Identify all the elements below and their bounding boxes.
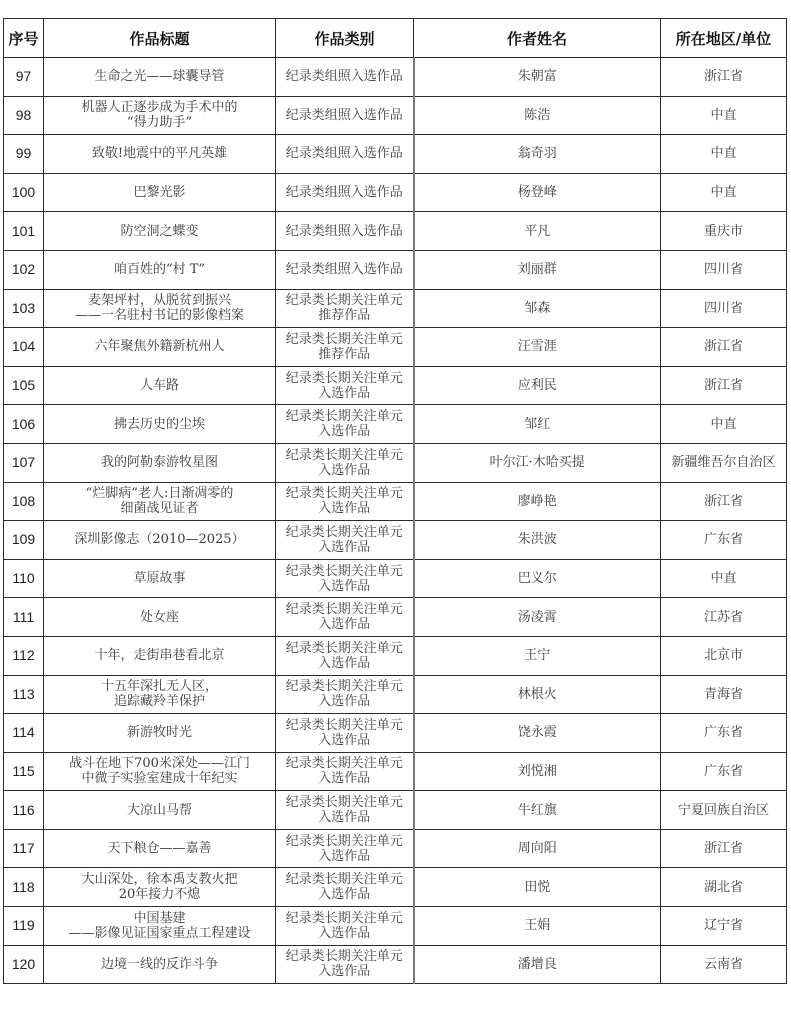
cell-author-name: 汤凌霄 <box>414 598 661 637</box>
work-category-line: 纪录类长期关注单元 <box>278 332 411 347</box>
table-row: 107我的阿勒泰游牧星图纪录类长期关注单元入选作品叶尔江·木哈买提新疆维吾尔自治… <box>4 443 787 482</box>
cell-author-name: 应利民 <box>414 366 661 405</box>
cell-work-category: 纪录类长期关注单元入选作品 <box>276 521 414 560</box>
cell-work-category: 纪录类长期关注单元入选作品 <box>276 559 414 598</box>
work-category-line: 纪录类组照入选作品 <box>278 146 411 161</box>
work-category-line: 推荐作品 <box>278 347 411 362</box>
cell-work-category: 纪录类组照入选作品 <box>276 173 414 212</box>
cell-author-name: 饶永霞 <box>414 714 661 753</box>
work-category-line: 纪录类组照入选作品 <box>278 108 411 123</box>
cell-author-name: 刘悦湘 <box>414 752 661 791</box>
cell-region-unit: 北京市 <box>661 636 787 675</box>
cell-region-unit: 新疆维吾尔自治区 <box>661 443 787 482</box>
cell-work-category: 纪录类组照入选作品 <box>276 96 414 135</box>
cell-serial-no: 103 <box>4 289 44 328</box>
cell-serial-no: 115 <box>4 752 44 791</box>
cell-author-name: 牛红旗 <box>414 791 661 830</box>
cell-author-name: 田悦 <box>414 868 661 907</box>
work-title-line: 咱百姓的“村 T” <box>46 262 273 277</box>
cell-work-category: 纪录类长期关注单元入选作品 <box>276 405 414 444</box>
cell-serial-no: 105 <box>4 366 44 405</box>
work-category-line: 推荐作品 <box>278 308 411 323</box>
work-title-line: 致敬!地震中的平凡英雄 <box>46 146 273 161</box>
work-title-line: 防空洞之蝶变 <box>46 224 273 239</box>
cell-author-name: 翁奇羽 <box>414 135 661 174</box>
work-category-line: 纪录类长期关注单元 <box>278 486 411 501</box>
cell-work-title: 拂去历史的尘埃 <box>44 405 276 444</box>
table-row: 101防空洞之蝶变纪录类组照入选作品平凡重庆市 <box>4 212 787 251</box>
cell-author-name: 周向阳 <box>414 829 661 868</box>
cell-serial-no: 113 <box>4 675 44 714</box>
cell-work-category: 纪录类组照入选作品 <box>276 135 414 174</box>
cell-author-name: 朱洪波 <box>414 521 661 560</box>
cell-serial-no: 104 <box>4 328 44 367</box>
cell-serial-no: 119 <box>4 907 44 946</box>
header-work-category: 作品类别 <box>276 19 414 58</box>
cell-work-category: 纪录类长期关注单元入选作品 <box>276 636 414 675</box>
work-title-line: 细菌战见证者 <box>46 501 273 516</box>
cell-work-title: 咱百姓的“村 T” <box>44 250 276 289</box>
work-title-line: 巴黎光影 <box>46 185 273 200</box>
cell-author-name: 邹红 <box>414 405 661 444</box>
cell-serial-no: 118 <box>4 868 44 907</box>
work-title-line: “烂脚病”老人:日渐凋零的 <box>46 486 273 501</box>
awards-table: 序号 作品标题 作品类别 作者姓名 所在地区/单位 97生命之光——球囊导管纪录… <box>3 18 787 984</box>
cell-region-unit: 宁夏回族自治区 <box>661 791 787 830</box>
work-title-line: 机器人正逐步成为手术中的 <box>46 100 273 115</box>
cell-work-title: 六年聚焦外籍新杭州人 <box>44 328 276 367</box>
cell-work-title: 战斗在地下700米深处——江门中微子实验室建成十年纪实 <box>44 752 276 791</box>
work-title-line: 十五年深扎无人区， <box>46 679 273 694</box>
awards-list-sheet: 序号 作品标题 作品类别 作者姓名 所在地区/单位 97生命之光——球囊导管纪录… <box>3 18 786 984</box>
work-title-line: 20年接力不熄 <box>46 887 273 902</box>
work-title-line: 边境一线的反诈斗争 <box>46 957 273 972</box>
cell-work-title: “烂脚病”老人:日渐凋零的细菌战见证者 <box>44 482 276 521</box>
work-title-line: 大山深处，徐本禹支教火把 <box>46 872 273 887</box>
cell-work-title: 处女座 <box>44 598 276 637</box>
cell-work-title: 防空洞之蝶变 <box>44 212 276 251</box>
cell-serial-no: 116 <box>4 791 44 830</box>
cell-work-title: 我的阿勒泰游牧星图 <box>44 443 276 482</box>
cell-serial-no: 97 <box>4 58 44 97</box>
cell-serial-no: 111 <box>4 598 44 637</box>
table-row: 103麦架坪村，从脱贫到振兴——一名驻村书记的影像档案纪录类长期关注单元推荐作品… <box>4 289 787 328</box>
cell-region-unit: 中直 <box>661 559 787 598</box>
cell-serial-no: 112 <box>4 636 44 675</box>
cell-serial-no: 100 <box>4 173 44 212</box>
cell-author-name: 汪雪涯 <box>414 328 661 367</box>
work-title-line: 十年，走街串巷看北京 <box>46 648 273 663</box>
work-category-line: 纪录类长期关注单元 <box>278 834 411 849</box>
cell-work-category: 纪录类长期关注单元入选作品 <box>276 907 414 946</box>
work-category-line: 入选作品 <box>278 540 411 555</box>
cell-work-title: 边境一线的反诈斗争 <box>44 945 276 984</box>
cell-work-category: 纪录类长期关注单元入选作品 <box>276 482 414 521</box>
work-category-line: 入选作品 <box>278 887 411 902</box>
cell-region-unit: 广东省 <box>661 752 787 791</box>
work-category-line: 入选作品 <box>278 386 411 401</box>
work-title-line: 中微子实验室建成十年纪实 <box>46 771 273 786</box>
work-category-line: 入选作品 <box>278 617 411 632</box>
work-category-line: 纪录类长期关注单元 <box>278 448 411 463</box>
cell-region-unit: 浙江省 <box>661 58 787 97</box>
work-category-line: 纪录类长期关注单元 <box>278 872 411 887</box>
work-category-line: 纪录类长期关注单元 <box>278 525 411 540</box>
table-row: 110草原故事纪录类长期关注单元入选作品巴义尔中直 <box>4 559 787 598</box>
table-row: 119中国基建——影像见证国家重点工程建设纪录类长期关注单元入选作品王娟辽宁省 <box>4 907 787 946</box>
cell-serial-no: 99 <box>4 135 44 174</box>
work-title-line: 天下粮仓——嘉善 <box>46 841 273 856</box>
cell-serial-no: 114 <box>4 714 44 753</box>
cell-author-name: 杨登峰 <box>414 173 661 212</box>
cell-region-unit: 湖北省 <box>661 868 787 907</box>
work-category-line: 入选作品 <box>278 810 411 825</box>
table-row: 117天下粮仓——嘉善纪录类长期关注单元入选作品周向阳浙江省 <box>4 829 787 868</box>
table-row: 115战斗在地下700米深处——江门中微子实验室建成十年纪实纪录类长期关注单元入… <box>4 752 787 791</box>
work-category-line: 纪录类长期关注单元 <box>278 756 411 771</box>
cell-serial-no: 109 <box>4 521 44 560</box>
cell-work-title: 深圳影像志（2010—2025） <box>44 521 276 560</box>
table-row: 108“烂脚病”老人:日渐凋零的细菌战见证者纪录类长期关注单元入选作品廖峥艳浙江… <box>4 482 787 521</box>
cell-work-category: 纪录类长期关注单元入选作品 <box>276 366 414 405</box>
table-row: 114新游牧时光纪录类长期关注单元入选作品饶永霞广东省 <box>4 714 787 753</box>
cell-work-title: 致敬!地震中的平凡英雄 <box>44 135 276 174</box>
work-title-line: 麦架坪村，从脱贫到振兴 <box>46 293 273 308</box>
work-category-line: 纪录类长期关注单元 <box>278 949 411 964</box>
work-category-line: 入选作品 <box>278 733 411 748</box>
cell-work-title: 人车路 <box>44 366 276 405</box>
cell-serial-no: 101 <box>4 212 44 251</box>
cell-work-title: 天下粮仓——嘉善 <box>44 829 276 868</box>
cell-region-unit: 云南省 <box>661 945 787 984</box>
cell-author-name: 巴义尔 <box>414 559 661 598</box>
work-category-line: 入选作品 <box>278 849 411 864</box>
cell-author-name: 王娟 <box>414 907 661 946</box>
cell-author-name: 潘增良 <box>414 945 661 984</box>
work-title-line: 战斗在地下700米深处——江门 <box>46 756 273 771</box>
cell-serial-no: 106 <box>4 405 44 444</box>
cell-work-title: 巴黎光影 <box>44 173 276 212</box>
cell-region-unit: 青海省 <box>661 675 787 714</box>
cell-work-category: 纪录类长期关注单元入选作品 <box>276 443 414 482</box>
work-category-line: 入选作品 <box>278 694 411 709</box>
header-author-name: 作者姓名 <box>414 19 661 58</box>
work-category-line: 入选作品 <box>278 926 411 941</box>
work-category-line: 入选作品 <box>278 501 411 516</box>
cell-region-unit: 四川省 <box>661 289 787 328</box>
work-category-line: 纪录类长期关注单元 <box>278 641 411 656</box>
work-category-line: 纪录类长期关注单元 <box>278 718 411 733</box>
cell-work-title: 麦架坪村，从脱贫到振兴——一名驻村书记的影像档案 <box>44 289 276 328</box>
cell-work-category: 纪录类长期关注单元入选作品 <box>276 675 414 714</box>
cell-work-category: 纪录类长期关注单元入选作品 <box>276 945 414 984</box>
cell-work-title: 十五年深扎无人区，追踪藏羚羊保护 <box>44 675 276 714</box>
cell-author-name: 朱朝富 <box>414 58 661 97</box>
work-category-line: 入选作品 <box>278 964 411 979</box>
work-title-line: 拂去历史的尘埃 <box>46 417 273 432</box>
cell-work-category: 纪录类长期关注单元推荐作品 <box>276 328 414 367</box>
header-work-title: 作品标题 <box>44 19 276 58</box>
cell-region-unit: 浙江省 <box>661 829 787 868</box>
cell-author-name: 刘丽群 <box>414 250 661 289</box>
cell-work-title: 中国基建——影像见证国家重点工程建设 <box>44 907 276 946</box>
table-body: 97生命之光——球囊导管纪录类组照入选作品朱朝富浙江省98机器人正逐步成为手术中… <box>4 58 787 984</box>
cell-region-unit: 江苏省 <box>661 598 787 637</box>
work-category-line: 纪录类长期关注单元 <box>278 409 411 424</box>
cell-region-unit: 广东省 <box>661 714 787 753</box>
work-title-line: 生命之光——球囊导管 <box>46 69 273 84</box>
cell-serial-no: 98 <box>4 96 44 135</box>
cell-author-name: 林根火 <box>414 675 661 714</box>
cell-region-unit: 浙江省 <box>661 328 787 367</box>
cell-region-unit: 中直 <box>661 173 787 212</box>
work-title-line: 追踪藏羚羊保护 <box>46 694 273 709</box>
cell-work-category: 纪录类组照入选作品 <box>276 58 414 97</box>
work-title-line: 人车路 <box>46 378 273 393</box>
cell-region-unit: 四川省 <box>661 250 787 289</box>
work-title-line: 处女座 <box>46 610 273 625</box>
table-row: 105人车路纪录类长期关注单元入选作品应利民浙江省 <box>4 366 787 405</box>
cell-author-name: 廖峥艳 <box>414 482 661 521</box>
work-title-line: ——一名驻村书记的影像档案 <box>46 308 273 323</box>
cell-work-title: 大山深处，徐本禹支教火把20年接力不熄 <box>44 868 276 907</box>
cell-work-category: 纪录类长期关注单元入选作品 <box>276 791 414 830</box>
work-category-line: 纪录类长期关注单元 <box>278 293 411 308</box>
cell-serial-no: 110 <box>4 559 44 598</box>
cell-region-unit: 重庆市 <box>661 212 787 251</box>
cell-region-unit: 广东省 <box>661 521 787 560</box>
cell-serial-no: 117 <box>4 829 44 868</box>
table-row: 120边境一线的反诈斗争纪录类长期关注单元入选作品潘增良云南省 <box>4 945 787 984</box>
cell-work-title: 生命之光——球囊导管 <box>44 58 276 97</box>
work-title-line: 草原故事 <box>46 571 273 586</box>
work-category-line: 纪录类长期关注单元 <box>278 564 411 579</box>
cell-serial-no: 102 <box>4 250 44 289</box>
cell-work-category: 纪录类长期关注单元入选作品 <box>276 714 414 753</box>
cell-region-unit: 辽宁省 <box>661 907 787 946</box>
work-category-line: 入选作品 <box>278 463 411 478</box>
cell-work-category: 纪录类长期关注单元入选作品 <box>276 829 414 868</box>
cell-work-category: 纪录类组照入选作品 <box>276 212 414 251</box>
cell-work-title: 机器人正逐步成为手术中的“得力助手” <box>44 96 276 135</box>
work-category-line: 纪录类长期关注单元 <box>278 795 411 810</box>
cell-author-name: 陈浩 <box>414 96 661 135</box>
table-row: 97生命之光——球囊导管纪录类组照入选作品朱朝富浙江省 <box>4 58 787 97</box>
table-row: 109深圳影像志（2010—2025）纪录类长期关注单元入选作品朱洪波广东省 <box>4 521 787 560</box>
work-title-line: 我的阿勒泰游牧星图 <box>46 455 273 470</box>
cell-serial-no: 120 <box>4 945 44 984</box>
work-title-line: 新游牧时光 <box>46 725 273 740</box>
work-category-line: 纪录类组照入选作品 <box>278 185 411 200</box>
cell-author-name: 平凡 <box>414 212 661 251</box>
work-category-line: 纪录类长期关注单元 <box>278 911 411 926</box>
work-title-line: “得力助手” <box>46 115 273 130</box>
work-title-line: ——影像见证国家重点工程建设 <box>46 926 273 941</box>
cell-work-category: 纪录类长期关注单元入选作品 <box>276 598 414 637</box>
table-row: 102咱百姓的“村 T”纪录类组照入选作品刘丽群四川省 <box>4 250 787 289</box>
cell-region-unit: 中直 <box>661 405 787 444</box>
cell-work-category: 纪录类长期关注单元推荐作品 <box>276 289 414 328</box>
work-title-line: 深圳影像志（2010—2025） <box>46 532 273 547</box>
table-row: 113十五年深扎无人区，追踪藏羚羊保护纪录类长期关注单元入选作品林根火青海省 <box>4 675 787 714</box>
cell-work-title: 大凉山马帮 <box>44 791 276 830</box>
work-category-line: 入选作品 <box>278 771 411 786</box>
header-serial-no: 序号 <box>4 19 44 58</box>
work-category-line: 纪录类长期关注单元 <box>278 602 411 617</box>
cell-region-unit: 浙江省 <box>661 482 787 521</box>
work-category-line: 入选作品 <box>278 579 411 594</box>
cell-work-category: 纪录类组照入选作品 <box>276 250 414 289</box>
work-category-line: 纪录类组照入选作品 <box>278 224 411 239</box>
table-row: 111处女座纪录类长期关注单元入选作品汤凌霄江苏省 <box>4 598 787 637</box>
table-row: 100巴黎光影纪录类组照入选作品杨登峰中直 <box>4 173 787 212</box>
table-header-row: 序号 作品标题 作品类别 作者姓名 所在地区/单位 <box>4 19 787 58</box>
header-region-unit: 所在地区/单位 <box>661 19 787 58</box>
work-category-line: 纪录类长期关注单元 <box>278 371 411 386</box>
cell-work-title: 十年，走街串巷看北京 <box>44 636 276 675</box>
cell-author-name: 邹森 <box>414 289 661 328</box>
table-row: 104六年聚焦外籍新杭州人纪录类长期关注单元推荐作品汪雪涯浙江省 <box>4 328 787 367</box>
work-category-line: 入选作品 <box>278 656 411 671</box>
table-row: 106拂去历史的尘埃纪录类长期关注单元入选作品邹红中直 <box>4 405 787 444</box>
cell-region-unit: 中直 <box>661 135 787 174</box>
cell-serial-no: 107 <box>4 443 44 482</box>
cell-region-unit: 浙江省 <box>661 366 787 405</box>
table-row: 99致敬!地震中的平凡英雄纪录类组照入选作品翁奇羽中直 <box>4 135 787 174</box>
work-title-line: 大凉山马帮 <box>46 803 273 818</box>
table-row: 98机器人正逐步成为手术中的“得力助手”纪录类组照入选作品陈浩中直 <box>4 96 787 135</box>
work-category-line: 纪录类长期关注单元 <box>278 679 411 694</box>
cell-work-title: 草原故事 <box>44 559 276 598</box>
work-title-line: 六年聚焦外籍新杭州人 <box>46 339 273 354</box>
cell-work-category: 纪录类长期关注单元入选作品 <box>276 752 414 791</box>
table-row: 112十年，走街串巷看北京纪录类长期关注单元入选作品王宁北京市 <box>4 636 787 675</box>
work-category-line: 入选作品 <box>278 424 411 439</box>
cell-author-name: 王宁 <box>414 636 661 675</box>
table-row: 118大山深处，徐本禹支教火把20年接力不熄纪录类长期关注单元入选作品田悦湖北省 <box>4 868 787 907</box>
cell-work-title: 新游牧时光 <box>44 714 276 753</box>
work-category-line: 纪录类组照入选作品 <box>278 69 411 84</box>
cell-author-name: 叶尔江·木哈买提 <box>414 443 661 482</box>
work-category-line: 纪录类组照入选作品 <box>278 262 411 277</box>
table-row: 116大凉山马帮纪录类长期关注单元入选作品牛红旗宁夏回族自治区 <box>4 791 787 830</box>
work-title-line: 中国基建 <box>46 911 273 926</box>
cell-region-unit: 中直 <box>661 96 787 135</box>
cell-serial-no: 108 <box>4 482 44 521</box>
cell-work-category: 纪录类长期关注单元入选作品 <box>276 868 414 907</box>
